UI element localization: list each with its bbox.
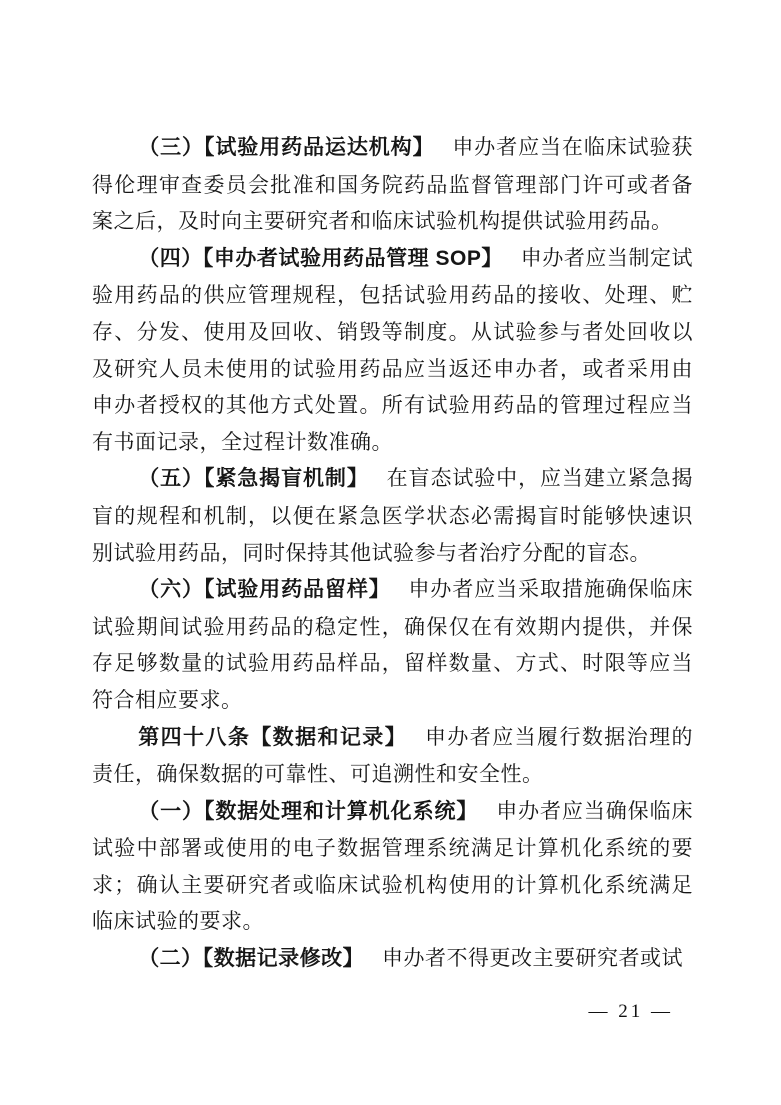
paragraph: （六）【试验用药品留样】申办者应当采取措施确保临床试验期间试验用药品的稳定性，确… (92, 571, 693, 718)
paragraph: （二）【数据记录修改】申办者不得更改主要研究者或试 (92, 940, 693, 978)
page-number: — 21 — (589, 1001, 674, 1023)
paragraph: （三）【试验用药品运达机构】申办者应当在临床试验获得伦理审查委员会批准和国务院药… (92, 129, 693, 240)
document-page: （三）【试验用药品运达机构】申办者应当在临床试验获得伦理审查委员会批准和国务院药… (0, 0, 781, 1105)
clause-heading: （二）【数据记录修改】 (138, 947, 364, 970)
clause-text: 申办者不得更改主要研究者或试 (382, 946, 683, 970)
paragraph: （五）【紧急揭盲机制】在盲态试验中，应当建立紧急揭盲的规程和机制，以便在紧急医学… (92, 460, 693, 571)
paragraph: 第四十八条【数据和记录】申办者应当履行数据治理的责任，确保数据的可靠性、可追溯性… (92, 719, 693, 793)
clause-heading: （六）【试验用药品留样】 (138, 578, 390, 601)
paragraph: （四）【申办者试验用药品管理 SOP】申办者应当制定试验用药品的供应管理规程，包… (92, 240, 693, 461)
clause-text: 申办者应当制定试验用药品的供应管理规程，包括试验用药品的接收、处理、贮存、分发、… (92, 246, 693, 454)
document-body: （三）【试验用药品运达机构】申办者应当在临床试验获得伦理审查委员会批准和国务院药… (92, 129, 693, 978)
clause-heading: 第四十八条【数据和记录】 (138, 726, 407, 749)
clause-heading: （五）【紧急揭盲机制】 (138, 467, 369, 490)
clause-heading: （一）【数据处理和计算机化系统】 (138, 800, 478, 823)
paragraph: （一）【数据处理和计算机化系统】申办者应当确保临床试验中部署或使用的电子数据管理… (92, 793, 693, 940)
clause-heading: （四）【申办者试验用药品管理 SOP】 (138, 247, 503, 270)
clause-heading: （三）【试验用药品运达机构】 (138, 136, 434, 159)
